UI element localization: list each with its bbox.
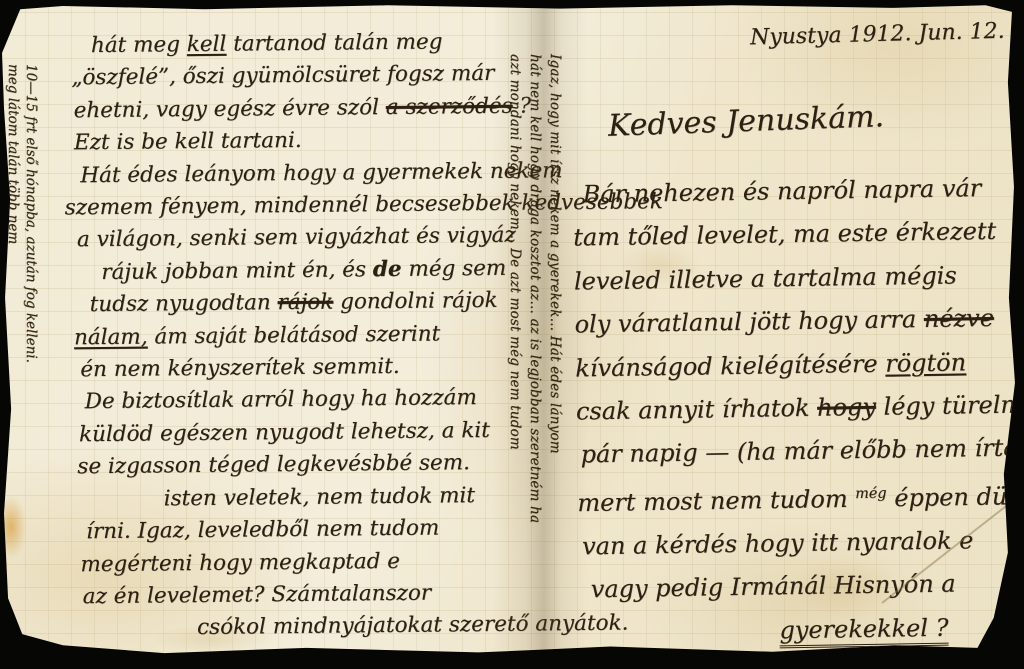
fold-margin-note: Igaz, hogy mit írsz nekem a gyerekek… Há… — [503, 54, 565, 654]
text-segment: Bár nehezen és napról napra vár — [582, 174, 981, 208]
text-segment: rájok — [277, 290, 333, 316]
handwritten-line: küldöd egészen nyugodt lehetsz, a kit — [79, 414, 523, 451]
text-segment: az én levelemet? Számtalanszor — [83, 580, 432, 609]
handwritten-line: leveled illetve a tartalma mégis — [574, 253, 1019, 303]
text-segment: gyerekekkel ? — [779, 613, 948, 648]
text-segment: hát meg — [91, 32, 187, 58]
text-segment: van a kérdés hogy itt nyaralok e — [582, 526, 974, 560]
handwritten-line: Hát édes leányom hogy a gyermekek nekem — [80, 155, 520, 192]
handwritten-line: hát nem kell hogy drága kosztot az… az i… — [525, 54, 545, 654]
handwritten-line: az én levelemet? Számtalanszor — [83, 577, 525, 614]
handwritten-line: Bár nehezen és napról napra vár — [582, 167, 1017, 217]
text-segment: megérteni hogy megkaptad e — [80, 548, 400, 576]
text-segment: leveled illetve a tartalma mégis — [574, 261, 957, 295]
text-segment: hogy — [817, 393, 876, 422]
handwritten-line: én nem kényszerítek semmit. — [80, 350, 522, 387]
handwritten-line: szemem fényem, mindennél becsesebbek ked… — [64, 188, 520, 225]
handwritten-line: csak annyit írhatok hogy légy türelmes — [576, 384, 1021, 434]
text-segment: Hát édes leányom hogy a gyermekek nekem — [80, 158, 562, 188]
handwritten-line: vagy pedig Irmánál Hisnyón a — [590, 562, 1023, 612]
text-segment: én nem kényszerítek semmit. — [80, 354, 400, 382]
handwritten-line: csókol mindnyájatokat szerető anyátok. — [197, 609, 525, 645]
text-segment: se izgasson téged legkevésbbé sem. — [77, 450, 470, 479]
text-segment: ám saját belátásod szerint — [147, 321, 440, 349]
handwritten-line: De biztosítlak arról hogy ha hozzám — [85, 382, 523, 419]
handwritten-line: se izgasson téged legkevésbbé sem. — [77, 447, 523, 484]
text-segment: ehetni, vagy egész évre szól — [73, 95, 385, 123]
text-segment: még sem — [401, 256, 506, 282]
text-segment: kívánságod kielégítésére — [575, 349, 885, 382]
text-segment: rájuk jobban mint én, és — [101, 257, 373, 285]
handwritten-line: tam tőled levelet, ma este érkezett — [573, 210, 1018, 260]
handwritten-line: ehetni, vagy egész évre szól a szerződés… — [73, 90, 519, 127]
text-segment: „öszfelé”, őszi gyümölcsüret fogsz már — [71, 61, 494, 90]
letter-dateline: Nyustya 1912. Jun. 12. — [750, 19, 1005, 51]
handwritten-line: 10—15 frt első hónapba, azután fog kelle… — [22, 64, 40, 624]
handwritten-line: megérteni hogy megkaptad e — [80, 544, 524, 581]
text-segment: De biztosítlak arról hogy ha hozzám — [85, 386, 477, 415]
handwritten-line: isten veletek, nem tudok mit — [164, 479, 524, 515]
text-segment: pár napig — (ha már előbb nem írtál) — [580, 434, 1024, 469]
handwritten-line: oly váratlanul jött hogy arra nézve — [574, 297, 1019, 347]
text-segment: de — [373, 257, 402, 282]
text-segment: tudsz nyugodtan — [90, 290, 278, 317]
handwritten-line: gyerekekkel ? — [779, 605, 1024, 652]
text-segment: a szerződés — [386, 94, 513, 120]
text-segment: írni. Igaz, leveledből nem tudom — [86, 516, 439, 545]
text-segment: tam tőled levelet, ma este érkezett — [573, 217, 996, 252]
text-segment: kell — [187, 32, 227, 57]
handwritten-line: azt mondani hogy nekem… De azt most még … — [505, 54, 525, 654]
text-segment: nálam, — [74, 324, 148, 350]
letter-page-left-body: hát meg kell tartanod talán meg„öszfelé”… — [63, 26, 525, 646]
letter-greeting: Kedves Jenuskám. — [607, 99, 884, 144]
left-margin-note: 10—15 frt első hónapba, azután fog kelle… — [0, 64, 40, 624]
text-segment: Ezt is be kell tartani. — [74, 128, 302, 155]
handwritten-line: hát meg kell tartanod talán meg — [91, 26, 519, 63]
letter-page-right-body: Bár nehezen és napról napra vártam tőled… — [572, 167, 1024, 656]
text-segment: isten veletek, nem tudok mit — [164, 483, 475, 511]
text-segment: a világon, senki sem vigyázhat és vigyáz — [77, 223, 516, 253]
text-segment: küldöd egészen nyugodt lehetsz, a kit — [79, 418, 490, 447]
handwritten-line: Ezt is be kell tartani. — [74, 123, 520, 160]
text-segment: még — [855, 485, 887, 501]
text-segment: gondolni rájok — [333, 288, 498, 315]
handwritten-line: tudsz nyugodtan rájok gondolni rájok — [90, 285, 522, 322]
text-segment: tartanod talán meg — [226, 29, 442, 56]
text-segment: mert most nem tudom — [577, 485, 855, 517]
text-segment: oly váratlanul jött hogy arra — [574, 305, 924, 338]
letter-paper: hát meg kell tartanod talán meg„öszfelé”… — [2, 4, 1016, 657]
handwritten-line: rájuk jobban mint én, és de még sem — [101, 252, 521, 289]
letter-scan: hát meg kell tartanod talán meg„öszfelé”… — [0, 0, 1024, 669]
handwritten-line: Igaz, hogy mit írsz nekem a gyerekek… Há… — [545, 54, 565, 654]
text-segment: rögtön — [885, 348, 966, 377]
text-segment: nézve — [924, 304, 995, 333]
handwritten-line: meg látom talán több nem — [4, 64, 22, 624]
text-segment: légy türelmes — [876, 390, 1024, 421]
handwritten-line: nálam, ám saját belátásod szerint — [74, 317, 522, 354]
handwritten-line: írni. Igaz, leveledből nem tudom — [86, 512, 524, 549]
handwritten-line: a világon, senki sem vigyázhat és vigyáz — [77, 220, 521, 257]
handwritten-line: kívánságod kielégítésére rögtön — [575, 340, 1020, 390]
text-segment: csak annyit írhatok — [576, 394, 818, 426]
handwritten-line: mert most nem tudom még éppen dülőben — [577, 470, 1022, 525]
handwritten-line: pár napig — (ha már előbb nem írtál) — [580, 427, 1021, 477]
handwritten-line: „öszfelé”, őszi gyümölcsüret fogsz már — [71, 58, 519, 95]
